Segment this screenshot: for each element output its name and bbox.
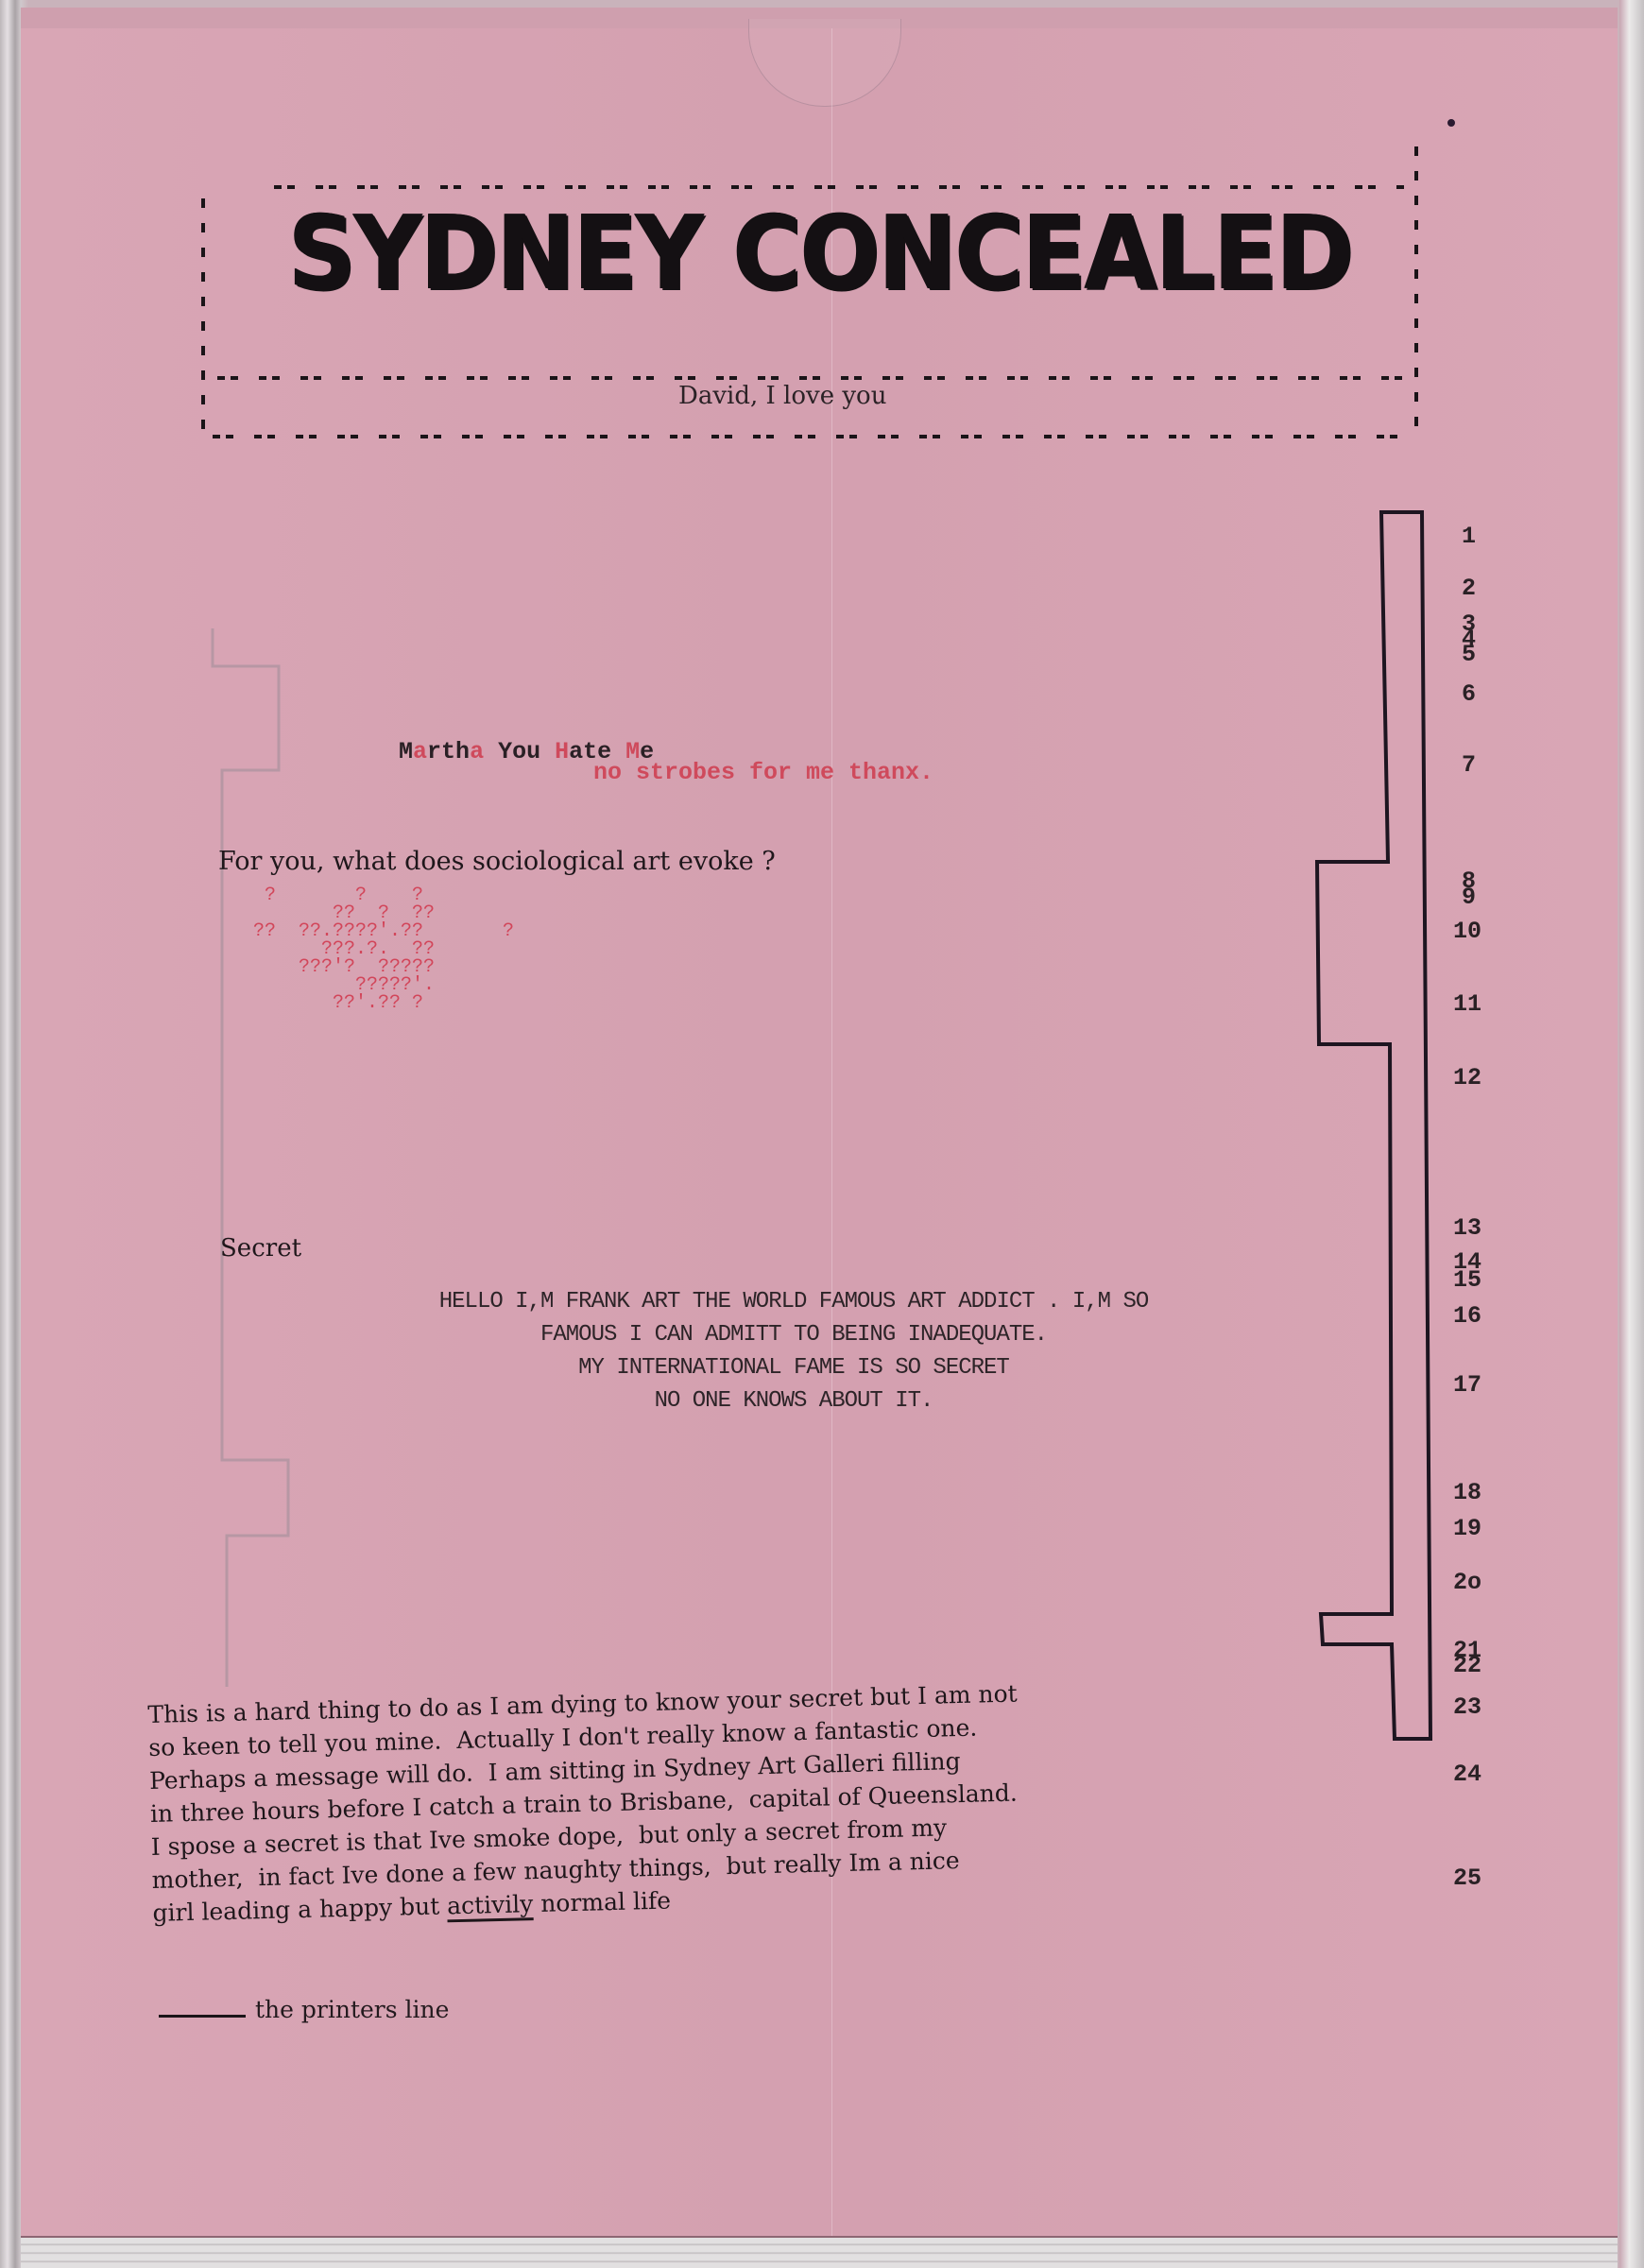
- secret-message-line: MY INTERNATIONAL FAME IS SO SECRET: [283, 1351, 1304, 1384]
- ruler-number: 10: [1453, 919, 1481, 943]
- dedication-line: David, I love you: [678, 382, 886, 410]
- question-heading: For you, what does sociological art evok…: [218, 847, 776, 876]
- martha-segment: a: [470, 738, 484, 765]
- question-marks-cluster: ? ? ? ?? ? ?? ?? ??.????'.?? ? ???.?. ??…: [253, 886, 514, 1012]
- title-box-middle-border: [217, 376, 1408, 380]
- ruler-number: 23: [1453, 1695, 1481, 1719]
- ruler-number: 22: [1453, 1654, 1481, 1677]
- ruler-number: 5: [1462, 643, 1476, 666]
- handwritten-letter: This is a hard thing to do as I am dying…: [147, 1669, 1353, 1930]
- sleeve-bottom-seam: [21, 2236, 1618, 2268]
- ruler-number: 6: [1462, 682, 1476, 706]
- martha-segment: a: [413, 738, 427, 765]
- secret-message-line: HELLO I,M FRANK ART THE WORLD FAMOUS ART…: [283, 1285, 1304, 1318]
- blank-rule: [159, 2015, 246, 2018]
- printers-line: the printers line: [159, 1996, 449, 2023]
- martha-line: Martha You Hate Me: [370, 711, 654, 765]
- title-box-bottom-border: [213, 435, 1413, 438]
- secret-message-line: FAMOUS I CAN ADMITT TO BEING INADEQUATE.: [283, 1318, 1304, 1351]
- ruler-number: 24: [1453, 1762, 1481, 1786]
- ruler-number: 2: [1462, 576, 1476, 600]
- underlined-word: activily: [447, 1890, 534, 1919]
- secret-message-line: NO ONE KNOWS ABOUT IT.: [283, 1384, 1304, 1417]
- document-title: SYDNEY CONCEALED: [288, 203, 1271, 305]
- strobes-line: no strobes for me thanx.: [593, 759, 933, 786]
- secret-heading: Secret: [220, 1234, 301, 1263]
- title-box-left-border: [201, 198, 205, 442]
- ruler-number: 13: [1453, 1216, 1481, 1240]
- ruler-number: 15: [1453, 1268, 1481, 1292]
- martha-segment: You: [484, 738, 555, 765]
- ruler-number: 2o: [1453, 1571, 1481, 1594]
- frank-art-message: HELLO I,M FRANK ART THE WORLD FAMOUS ART…: [283, 1285, 1304, 1417]
- ruler-number: 11: [1453, 992, 1481, 1016]
- sleeve-right-edge: [1619, 0, 1644, 2268]
- ruler-number: 25: [1453, 1866, 1481, 1890]
- ruler-number: 12: [1453, 1066, 1481, 1090]
- martha-segment: M: [399, 738, 413, 765]
- ruler-number: 17: [1453, 1373, 1481, 1397]
- title-box-top-border: [274, 185, 1408, 189]
- ruler-number: 16: [1453, 1304, 1481, 1328]
- ruler-number: 9: [1462, 885, 1476, 909]
- ruler-number: 1: [1462, 524, 1476, 548]
- title-box-right-border: [1414, 146, 1418, 430]
- ruler-number: 7: [1462, 753, 1476, 777]
- martha-segment: H: [555, 738, 569, 765]
- ruler-number: 19: [1453, 1517, 1481, 1540]
- martha-segment: rth: [427, 738, 470, 765]
- ruler-number: 18: [1453, 1481, 1481, 1504]
